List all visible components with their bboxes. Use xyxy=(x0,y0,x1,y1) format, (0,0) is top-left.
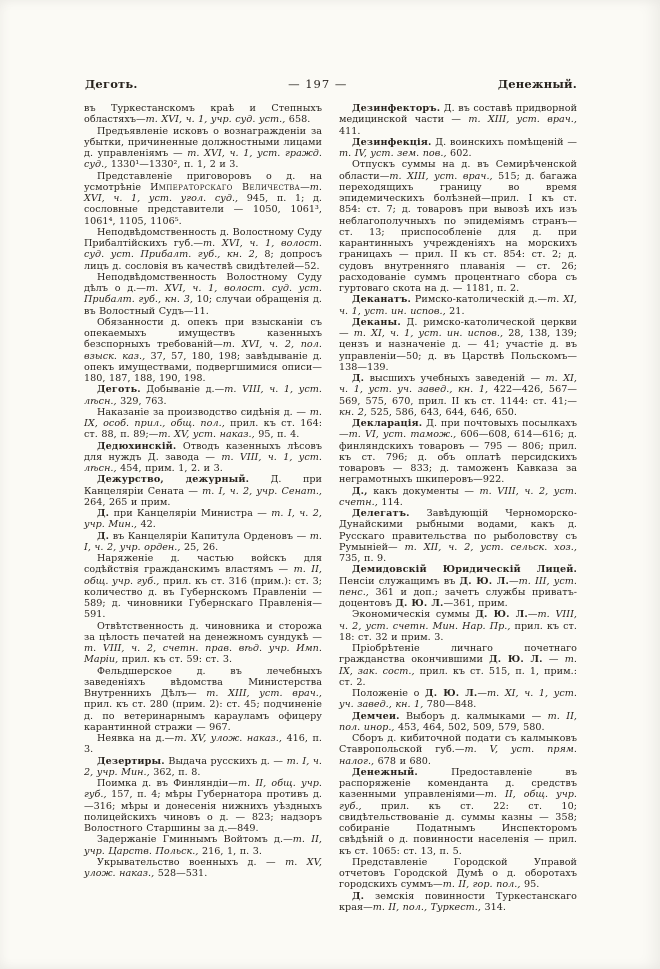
index-entry: Неподвѣдомственность Волостному Суду дѣл… xyxy=(84,272,322,317)
index-entry: Дезинфекторъ. Д. въ составѣ придворной м… xyxy=(339,103,577,137)
index-entry: Д. земскія повинности Туркестанскаго кра… xyxy=(339,891,577,914)
index-entry: Укрывательство военныхъ д. — т. XV, улож… xyxy=(84,857,322,880)
columns-container: въ Туркестанскомъ краѣ и Степныхъ област… xyxy=(84,103,578,913)
index-entry: Деканы. Д. римско-католической церкви— т… xyxy=(339,317,577,373)
index-entry: Деготь. Добываніе д.—т. VIII, ч. 1, уст.… xyxy=(84,384,322,407)
page-number: — 197 — xyxy=(288,78,347,91)
index-entry: Дезинфекція. Д. воинскихъ помѣщеній — т.… xyxy=(339,137,577,160)
index-entry: Д. при Канцеляріи Министра — т. I, ч. 2,… xyxy=(84,508,322,531)
index-entry: Делегатъ. Завѣдующій Черноморско-Дунайск… xyxy=(339,508,577,564)
index-entry: Наряженіе д. частью войскъ для содѣйстві… xyxy=(84,553,322,621)
index-entry: въ Туркестанскомъ краѣ и Степныхъ област… xyxy=(84,103,322,126)
index-entry: Деканатъ. Римско-католическій д.—т. XI, … xyxy=(339,294,577,317)
index-entry: Пріобрѣтеніе личнаго почетнаго гражданст… xyxy=(339,643,577,688)
index-entry: Демчеи. Выборъ д. калмыками — т. II, пол… xyxy=(339,711,577,734)
index-entry: Денежный. Предоставленіе въ распоряженіе… xyxy=(339,767,577,857)
index-entry: Демидовскій Юридическій Лицей. Пенсіи сл… xyxy=(339,564,577,609)
index-entry: Декларація. Д. при почтовыхъ посылкахъ—т… xyxy=(339,418,577,486)
index-entry: Представленіе приговоровъ о д. на усмотр… xyxy=(84,171,322,227)
index-entry: Обязанности д. опекъ при взысканіи съ оп… xyxy=(84,317,322,385)
book-page: Деготь. — 197 — Денежный. въ Туркестанск… xyxy=(0,0,660,969)
index-entry: Дезертиры. Выдача русскихъ д. — т. I, ч.… xyxy=(84,756,322,779)
running-header: Деготь. — 197 — Денежный. xyxy=(84,78,578,91)
index-entry: Д., какъ документы — т. VIII, ч. 2, уст.… xyxy=(339,486,577,509)
index-entry: Задержаніе Гминнымъ Войтомъ д.—т. II, уч… xyxy=(84,834,322,857)
header-left-catchword: Деготь. xyxy=(85,78,138,91)
index-entry: Неподвѣдомственность д. Волостному Суду … xyxy=(84,227,322,272)
index-entry: Дедюхинскій. Отводъ казенныхъ лѣсовъ для… xyxy=(84,441,322,475)
index-entry: Поимка д. въ Финляндіи—т. II, общ. учр. … xyxy=(84,778,322,834)
left-column: въ Туркестанскомъ краѣ и Степныхъ област… xyxy=(84,103,322,913)
index-entry: Представленіе Городской Управой отчетовъ… xyxy=(339,857,577,891)
index-entry: Д. въ Канцеляріи Капитула Орденовъ — т. … xyxy=(84,531,322,554)
index-entry: Сборъ д. кибиточной подати съ калмыковъ … xyxy=(339,733,577,767)
index-entry: Положеніе о Д. Ю. Л.—т. XI, ч. 1, уст. у… xyxy=(339,688,577,711)
index-entry: Дежурство, дежурный. Д. при Канцеляріи С… xyxy=(84,474,322,508)
index-entry: Отвѣтственность д. чиновника и сторожа з… xyxy=(84,621,322,666)
index-entry: Предъявленіе исковъ о вознагражденіи за … xyxy=(84,126,322,171)
index-entry: Отпускъ суммы на д. въ Семирѣченской обл… xyxy=(339,159,577,294)
index-entry: Фельдшерское д. въ лечебныхъ заведеніяхъ… xyxy=(84,666,322,734)
index-entry: Экономическія суммы Д. Ю. Л.—т. VIII, ч.… xyxy=(339,609,577,643)
index-entry: Наказаніе за производство сидѣнія д. — т… xyxy=(84,407,322,441)
index-entry: Неявка на д.—т. XV, улож. наказ., 416, п… xyxy=(84,733,322,756)
header-right-catchword: Денежный. xyxy=(498,78,577,91)
right-column: Дезинфекторъ. Д. въ составѣ придворной м… xyxy=(339,103,577,913)
index-entry: Д. высшихъ учебныхъ заведеній — т. XI, ч… xyxy=(339,373,577,418)
